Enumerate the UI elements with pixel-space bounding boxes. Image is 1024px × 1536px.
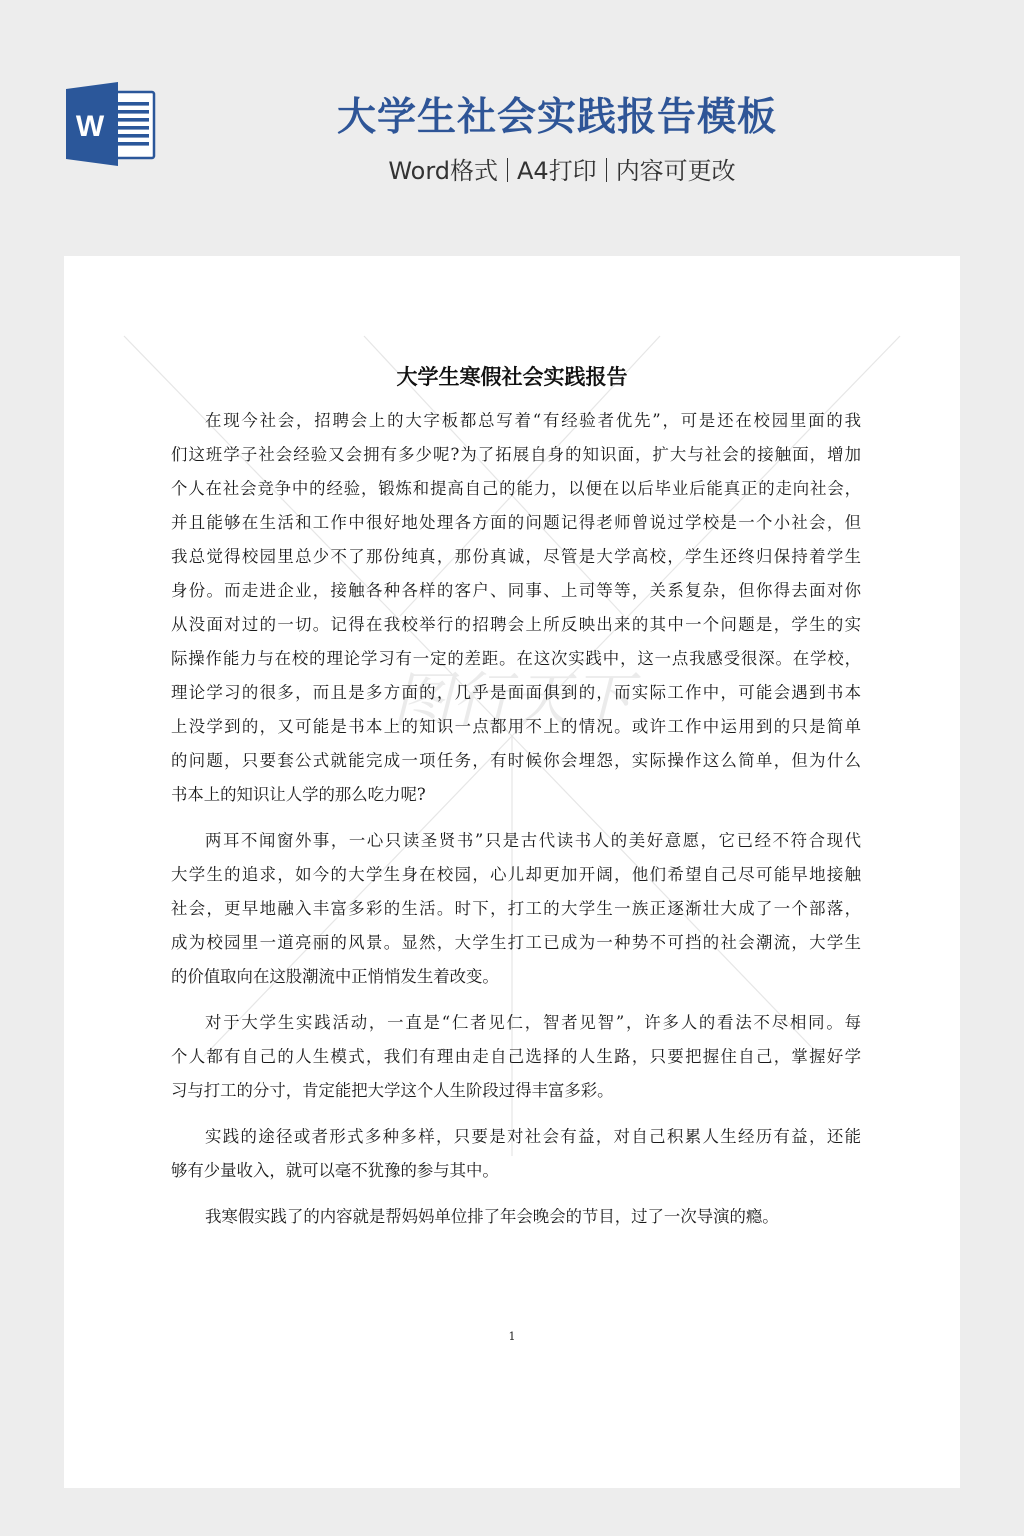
banner-subtitle: Word格式A4打印内容可更改	[0, 153, 1024, 189]
text-line: 并且能够在生活和工作中很好地处理各方面的问题记得老师曾说过学校是一个小社会，但	[171, 506, 861, 540]
text-line: 习与打工的分寸，肯定能把大学这个人生阶段过得丰富多彩。	[171, 1074, 861, 1108]
text-line: 身份。而走进企业，接触各种各样的客户、同事、上司等等，关系复杂，但你得去面对你	[171, 574, 861, 608]
document-page: 图行天下 大学生寒假社会实践报告 在现今社会，招聘会上的大字板都总写着“有经验者…	[64, 256, 960, 1488]
page-number: 1	[64, 1330, 960, 1343]
subtitle-editable: 内容可更改	[616, 157, 736, 185]
text-line: 大学生的追求，如今的大学生身在校园，心儿却更加开阔，他们希望自己尽可能早地接触	[171, 858, 861, 892]
text-line: 对于大学生实践活动，一直是“仁者见仁，智者见智”，许多人的看法不尽相同。每	[171, 1006, 861, 1040]
paragraph: 在现今社会，招聘会上的大字板都总写着“有经验者优先”，可是还在校园里面的我 们这…	[171, 404, 861, 812]
document-body: 在现今社会，招聘会上的大字板都总写着“有经验者优先”，可是还在校园里面的我 们这…	[171, 404, 861, 1246]
text-line: 个人都有自己的人生模式，我们有理由走自己选择的人生路，只要把握住自己，掌握好学	[171, 1040, 861, 1074]
text-line: 我寒假实践了的内容就是帮妈妈单位排了年会晚会的节目，过了一次导演的瘾。	[171, 1200, 861, 1234]
subtitle-format: Word格式	[388, 157, 498, 185]
text-line: 上没学到的，又可能是书本上的知识一点都用不上的情况。或许工作中运用到的只是简单	[171, 710, 861, 744]
text-line: 书本上的知识让人学的那么吃力呢?	[171, 778, 861, 812]
text-line: 际操作能力与在校的理论学习有一定的差距。在这次实践中，这一点我感受很深。在学校，	[171, 642, 861, 676]
paragraph: 实践的途径或者形式多种多样，只要是对社会有益，对自己积累人生经历有益，还能 够有…	[171, 1120, 861, 1188]
text-line: 个人在社会竞争中的经验，锻炼和提高自己的能力，以便在以后毕业后能真正的走向社会，	[171, 472, 861, 506]
text-line: 从没面对过的一切。记得在我校举行的招聘会上所反映出来的其中一个问题是，学生的实	[171, 608, 861, 642]
text-line: 两耳不闻窗外事，一心只读圣贤书”只是古代读书人的美好意愿，它已经不符合现代	[171, 824, 861, 858]
subtitle-print: A4打印	[517, 157, 597, 185]
paragraph: 对于大学生实践活动，一直是“仁者见仁，智者见智”，许多人的看法不尽相同。每 个人…	[171, 1006, 861, 1108]
text-line: 在现今社会，招聘会上的大字板都总写着“有经验者优先”，可是还在校园里面的我	[171, 404, 861, 438]
separator	[507, 158, 508, 182]
text-line: 够有少量收入，就可以毫不犹豫的参与其中。	[171, 1154, 861, 1188]
text-line: 社会，更早地融入丰富多彩的生活。时下，打工的大学生一族正逐渐壮大成了一个部落，	[171, 892, 861, 926]
paragraph: 两耳不闻窗外事，一心只读圣贤书”只是古代读书人的美好意愿，它已经不符合现代 大学…	[171, 824, 861, 994]
text-line: 的问题，只要套公式就能完成一项任务，有时候你会埋怨，实际操作这么简单，但为什么	[171, 744, 861, 778]
paragraph: 我寒假实践了的内容就是帮妈妈单位排了年会晚会的节目，过了一次导演的瘾。	[171, 1200, 861, 1234]
text-line: 成为校园里一道亮丽的风景。显然，大学生打工已成为一种势不可挡的社会潮流，大学生	[171, 926, 861, 960]
text-line: 的价值取向在这股潮流中正悄悄发生着改变。	[171, 960, 861, 994]
text-line: 我总觉得校园里总少不了那份纯真，那份真诚，尽管是大学高校，学生还终归保持着学生	[171, 540, 861, 574]
banner-title: 大学生社会实践报告模板	[0, 92, 1024, 144]
text-line: 实践的途径或者形式多种多样，只要是对社会有益，对自己积累人生经历有益，还能	[171, 1120, 861, 1154]
separator	[606, 158, 607, 182]
text-line: 们这班学子社会经验又会拥有多少呢?为了拓展自身的知识面，扩大与社会的接触面，增加	[171, 438, 861, 472]
text-line: 理论学习的很多，而且是多方面的，几乎是面面俱到的，而实际工作中，可能会遇到书本	[171, 676, 861, 710]
document-title: 大学生寒假社会实践报告	[64, 360, 960, 394]
